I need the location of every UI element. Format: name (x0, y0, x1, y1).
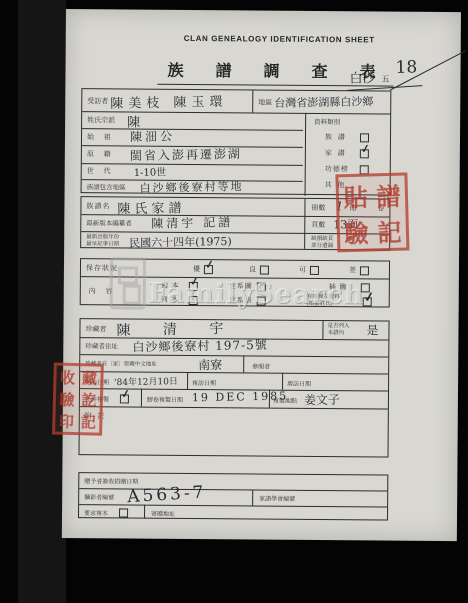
seal-glyph: 譜 (376, 176, 401, 212)
film-place-value: 姜文子 (304, 391, 340, 409)
owner-address-label: 珍藏者住址 (85, 341, 118, 350)
film-place-label: 複製地點 (273, 396, 297, 405)
generations-label: 世 代 (87, 166, 115, 176)
coverage-label: 族譜包含地區 (87, 182, 126, 191)
first-ancestor-value: 陳沺公 (130, 127, 175, 145)
condition-good-checkbox (260, 266, 269, 275)
genealogy-name-label: 族譜名 (86, 201, 110, 211)
seal-glyph: 記 (377, 212, 402, 248)
corner-place-note: 白沙 (349, 67, 375, 86)
divider (80, 406, 388, 409)
condition-excellent-label: 優 (193, 264, 201, 274)
volumes-label: 冊數 (311, 203, 325, 213)
divider (252, 489, 253, 505)
jiapu-checkmark: ✓ (360, 142, 371, 156)
section-owner-visits: 珍藏者 陳 清 宇 是否列入 本譜內 是 珍藏者住址 白沙鄉後寮村 197-5號… (78, 318, 389, 457)
seal-glyph: 印 (59, 410, 75, 431)
reviewer-label: 參閱者 (252, 361, 270, 370)
revisit-label: 複訪日期 (192, 378, 216, 387)
region-value: 台灣省澎湖縣白沙鄉 (274, 93, 373, 111)
donor-sign-label: 贈予者簽收捐贈日期 (84, 476, 138, 485)
condition-poor-checkbox (360, 266, 369, 275)
interviewee-label: 受訪者 (87, 96, 108, 106)
divider (304, 199, 305, 249)
origin-value: 閩省入澎再遷澎湖 (130, 145, 242, 164)
familysearch-logo-watermark (110, 257, 146, 309)
keep-place-value: 南寮 (198, 356, 222, 373)
listed-label: 是否列入 本譜內 (327, 323, 349, 336)
seal-glyph: 藏 (82, 367, 98, 388)
first-ancestor-label: 始 祖 (87, 132, 115, 142)
permission-checkmark: ✓ (120, 387, 131, 401)
corner-mid-note: 五 (381, 73, 389, 84)
society-no-label: 家譜學會編號 (259, 494, 295, 503)
seal-glyph: 貼 (343, 177, 368, 213)
document-sheet: CLAN GENEALOGY IDENTIFICATION SHEET 族 譜 … (62, 9, 461, 541)
divider (82, 128, 303, 131)
option-gongdebang-label: 功德榜 (325, 164, 349, 174)
request-copy-label: 要求複本 (84, 508, 108, 517)
condition-fair-label: 可 (299, 265, 307, 275)
damage-label: 缺損缺頁 部分遺漏 (311, 236, 333, 249)
compiler-label: 最新版本編纂者 (86, 218, 132, 227)
divider (305, 113, 307, 196)
divider (144, 505, 145, 519)
seal-glyph: 收 (60, 366, 76, 387)
divider (82, 163, 303, 166)
divider (80, 354, 388, 357)
content-women-checkmark: ✓ (362, 289, 375, 307)
divider (141, 389, 142, 407)
owner-address-value: 白沙鄉後寮村 197-5號 (132, 336, 268, 355)
first-visit-value: '84年12月10日 (114, 374, 178, 388)
seal-glyph: 驗 (59, 388, 75, 409)
familysearch-text-watermark: FamilySearch (148, 278, 365, 311)
divider (187, 372, 188, 389)
condition-poor-label: 差 (349, 265, 357, 275)
seal-glyph: 驗 (344, 213, 369, 249)
compiler-value: 陳清宇 記譜 (151, 213, 233, 231)
pub-date-value: 民國六十四年(1975) (129, 233, 232, 251)
sheet-title-en: CLAN GENEALOGY IDENTIFICATION SHEET (184, 34, 375, 44)
listed-value: 是 (366, 321, 378, 338)
red-archive-seal-right: 貼 譜 驗 記 (335, 172, 409, 252)
surname-label: 姓氏宗派 (87, 115, 115, 125)
region-label: 地區 (258, 98, 272, 108)
divider (79, 488, 387, 491)
divider (79, 504, 387, 507)
owner-label: 珍藏者 (85, 324, 106, 334)
request-copy-checkbox (119, 508, 128, 517)
condition-good-label: 良 (249, 264, 257, 274)
divider (322, 321, 323, 339)
photographer-no-label: 攝影者編號 (84, 492, 114, 501)
pages-label: 頁數 (311, 220, 325, 230)
interviewee-value: 陳美枝 陳玉環 (110, 91, 227, 112)
film-date-label: 膠卷複製日期 (147, 395, 183, 404)
divider (243, 355, 244, 372)
pub-date-label: 最新出版年份 最早記事日期 (86, 234, 119, 247)
mailing-address-label: 寄贈地址 (151, 509, 175, 518)
film-left-band (18, 0, 66, 603)
seal-glyph: 訖 (81, 389, 97, 410)
option-jiapu-label: 家 譜 (325, 148, 347, 158)
option-zupu-label: 族 譜 (325, 132, 347, 142)
film-frame: CLAN GENEALOGY IDENTIFICATION SHEET 族 譜 … (0, 0, 468, 603)
origin-label: 原 籍 (87, 149, 115, 159)
seal-glyph: 記 (81, 411, 97, 432)
condition-excellent-checkmark: ✓ (204, 257, 215, 271)
divider (252, 90, 253, 112)
coverage-value: 白沙鄉後寮村等地 (139, 178, 243, 196)
photographer-no-value: A563-7 (127, 482, 207, 507)
section-bottom-admin: 贈予者簽收捐贈日期 攝影者編號 A563-7 家譜學會編號 要求複本 寄贈地址 (78, 472, 388, 520)
red-archive-seal-left: 收 藏 驗 訖 印 記 (52, 362, 104, 435)
data-category-label: 資料類別 (314, 117, 340, 126)
added-visit-label: 增訪日期 (287, 379, 311, 388)
corner-number: 18 (395, 57, 417, 77)
condition-fair-checkbox (310, 266, 319, 275)
divider (282, 373, 283, 390)
generations-value: 1-10世 (134, 163, 167, 179)
